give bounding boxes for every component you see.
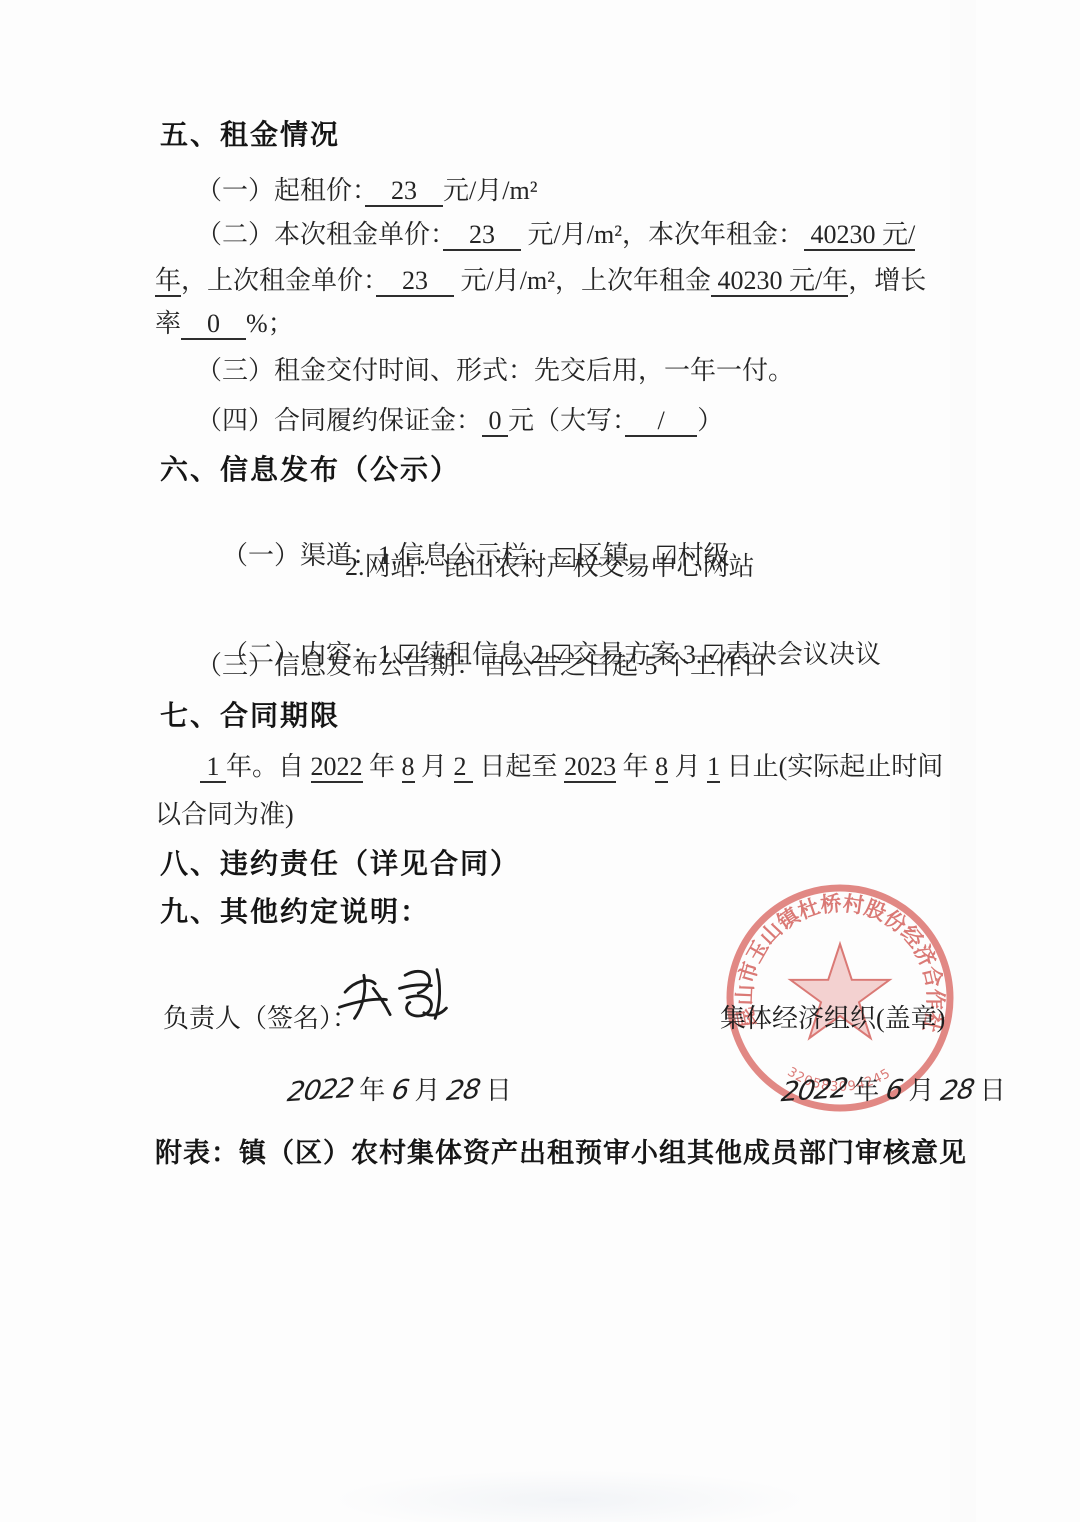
payment-terms-line: （三）租金交付时间、形式：先交后用，一年一付。 — [196, 353, 794, 389]
text-segment: ，上次租金单价： — [181, 266, 376, 295]
signature-stroke — [400, 970, 447, 1019]
handwritten-day: 28 — [445, 1074, 482, 1107]
handwritten-year: 2022 — [285, 1073, 355, 1108]
month-unit: 月 — [414, 1076, 440, 1105]
handwritten-day: 28 — [939, 1074, 976, 1107]
year-unit: 年 — [853, 1076, 879, 1105]
filled-blank: 23 — [365, 176, 443, 207]
appendix-note: 附表：镇（区）农村集体资产出租预审小组其他成员部门审核意见 — [155, 1131, 967, 1170]
filled-blank: 2023 — [564, 752, 616, 783]
section-9-heading: 九、其他约定说明： — [160, 893, 430, 931]
filled-blank: 年 — [155, 266, 181, 297]
website-line: 2.网站：昆山农村产权交易中心网站 — [345, 549, 755, 585]
left-date-line: 2022 年 6 月 28 日 — [262, 1040, 512, 1137]
collective-org-label: 集体经济组织(盖章) — [720, 998, 945, 1035]
announcement-period-line: （三）信息发布公告期：自公告之日起 5 个工作日 — [196, 648, 768, 684]
handwritten-year: 2022 — [779, 1073, 849, 1108]
filled-blank: 8 — [655, 752, 668, 783]
text-segment: （四）合同履约保证金： — [196, 406, 482, 435]
section-6-heading: 六、信息发布（公示） — [160, 451, 460, 489]
section-7-heading: 七、合同期限 — [160, 697, 340, 735]
filled-blank: 0 — [181, 309, 246, 340]
text-segment: 元/月/m²，上次年租金 — [454, 266, 711, 295]
current-rent-price-line: （二）本次租金单价： 23 元/月/m²，本次年租金： 40230 元/ — [196, 217, 915, 253]
filled-blank: 23 — [443, 220, 521, 251]
filled-blank: 1 — [707, 752, 720, 783]
day-unit: 日 — [486, 1076, 512, 1105]
text-segment: （一）起租价： — [196, 176, 365, 205]
filled-blank: 8 — [402, 752, 415, 783]
filled-blank: 1 — [200, 752, 226, 783]
scan-artifact-smudge — [330, 1470, 810, 1522]
text-segment: 日止(实际起止时间 — [720, 752, 943, 781]
text-segment: 年 — [616, 752, 655, 781]
filled-blank: 2022 — [311, 752, 363, 783]
section-8-heading: 八、违约责任（详见合同） — [160, 845, 520, 883]
text-segment: 元/月/m² — [443, 176, 537, 205]
text-segment: ，增长 — [848, 266, 926, 295]
section-5-heading: 五、租金情况 — [160, 116, 340, 154]
filled-blank: 0 — [482, 406, 508, 437]
filled-blank: / — [625, 406, 697, 437]
text-segment: %； — [246, 309, 294, 338]
year-unit: 年 — [359, 1076, 385, 1105]
signature-handwriting — [332, 952, 482, 1037]
signature-stroke — [340, 975, 391, 1018]
responsible-person-label: 负责人（签名）： — [163, 998, 358, 1035]
filled-blank: 2 — [454, 752, 474, 783]
filled-blank: 23 — [376, 266, 454, 297]
text-segment: ） — [697, 406, 723, 435]
scan-artifact-band — [950, 0, 976, 1522]
text-segment: 元/月/m²，本次年租金： — [521, 220, 804, 249]
contract-term-line: 1 年。自 2022 年 8 月 2 日起至 2023 年 8 月 1 日止(实… — [200, 749, 943, 785]
text-segment: 率 — [155, 309, 181, 338]
rent-start-price-line: （一）起租价： 23 元/月/m² — [196, 173, 538, 209]
previous-rent-price-line: 年，上次租金单价： 23 元/月/m²，上次年租金 40230 元/年，增长 — [155, 263, 926, 299]
month-unit: 月 — [908, 1076, 934, 1105]
deposit-line: （四）合同履约保证金： 0 元（大写： / ） — [196, 403, 723, 439]
text-segment: 年。自 — [226, 752, 311, 781]
text-segment: （二）本次租金单价： — [196, 220, 443, 249]
text-segment: 年 — [363, 752, 402, 781]
right-date-line: 2022 年 6 月 28 日 — [756, 1040, 1006, 1137]
text-segment: 元（大写： — [508, 406, 625, 435]
filled-blank: 40230 元/年 — [711, 266, 848, 297]
text-segment: 月 — [668, 752, 707, 781]
text-segment: 月 — [415, 752, 454, 781]
day-unit: 日 — [980, 1076, 1006, 1105]
scanned-document-page: 五、租金情况 （一）起租价： 23 元/月/m² （二）本次租金单价： 23 元… — [0, 0, 1080, 1522]
filled-blank: 40230 元/ — [804, 220, 915, 251]
contract-term-continuation: 以合同为准) — [155, 797, 294, 833]
text-segment: 日起至 — [473, 752, 564, 781]
growth-rate-line: 率 0 %； — [155, 306, 294, 342]
